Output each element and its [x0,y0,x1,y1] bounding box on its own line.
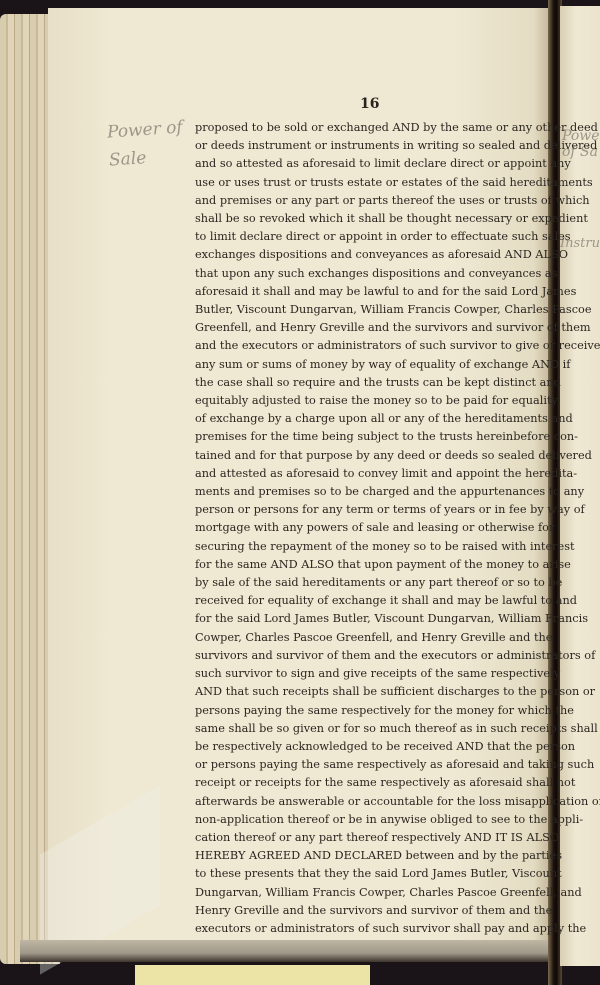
page-number: 16 [360,96,379,112]
text-line: securing the repayment of the money so t… [195,538,540,556]
text-line: exchanges dispositions and conveyances a… [195,246,540,264]
text-line: executors or administrators of such surv… [195,920,540,938]
text-line: that upon any such exchanges disposition… [195,265,540,283]
page-bottom-edge [20,940,550,962]
text-line: tained and for that purpose by any deed … [195,447,540,465]
text-line: Butler, Viscount Dungarvan, William Fran… [195,301,540,319]
sticky-note [135,965,370,985]
text-line: any sum or sums of money by way of equal… [195,356,540,374]
text-line: cation thereof or any part thereof respe… [195,829,540,847]
text-line: or persons paying the same respectively … [195,756,540,774]
text-line: such survivor to sign and give receipts … [195,665,540,683]
text-line: or deeds instrument or instruments in wr… [195,137,540,155]
text-line: use or uses trust or trusts estate or es… [195,174,540,192]
text-line: receipt or receipts for the same respect… [195,774,540,792]
text-line: aforesaid it shall and may be lawful to … [195,283,540,301]
text-line: mortgage with any powers of sale and lea… [195,519,540,537]
text-line: of exchange by a charge upon all or any … [195,410,540,428]
text-line: HEREBY AGREED AND DECLARED between and b… [195,847,540,865]
text-line: Henry Greville and the survivors and sur… [195,902,540,920]
text-line: the case shall so require and the trusts… [195,374,540,392]
text-line: by sale of the said hereditaments or any… [195,574,540,592]
margin-note-line: Sale [108,141,185,174]
text-line: ments and premises so to be charged and … [195,483,540,501]
text-line: equitably adjusted to raise the money so… [195,392,540,410]
text-line: for the same AND ALSO that upon payment … [195,556,540,574]
text-line: premises for the time being subject to t… [195,428,540,446]
text-line: and so attested as aforesaid to limit de… [195,155,540,173]
text-line: same shall be so given or for so much th… [195,720,540,738]
text-line: be respectively acknowledged to be recei… [195,738,540,756]
text-line: person or persons for any term or terms … [195,501,540,519]
text-line: proposed to be sold or exchanged AND by … [195,119,540,137]
text-line: survivors and survivor of them and the e… [195,647,540,665]
text-line: to these presents that they the said Lor… [195,865,540,883]
text-line: and attested as aforesaid to convey limi… [195,465,540,483]
text-line: shall be so revoked which it shall be th… [195,210,540,228]
margin-note-line: Power of [106,113,183,146]
text-line: Greenfell, and Henry Greville and the su… [195,319,540,337]
text-line: non-application thereof or be in anywise… [195,811,540,829]
text-line: received for equality of exchange it sha… [195,592,540,610]
margin-note-left: Power of Sale [106,113,185,174]
text-line: AND that such receipts shall be sufficie… [195,683,540,701]
text-line: to limit declare direct or appoint in or… [195,228,540,246]
text-line: for the said Lord James Butler, Viscount… [195,610,540,628]
text-line: Cowper, Charles Pascoe Greenfell, and He… [195,629,540,647]
text-line: and the executors or administrators of s… [195,337,540,355]
text-line: Dungarvan, William Francis Cowper, Charl… [195,884,540,902]
text-line: afterwards be answerable or accountable … [195,793,540,811]
text-line: persons paying the same respectively for… [195,702,540,720]
body-text: proposed to be sold or exchanged AND by … [195,119,540,938]
text-line: and premises or any part or parts thereo… [195,192,540,210]
